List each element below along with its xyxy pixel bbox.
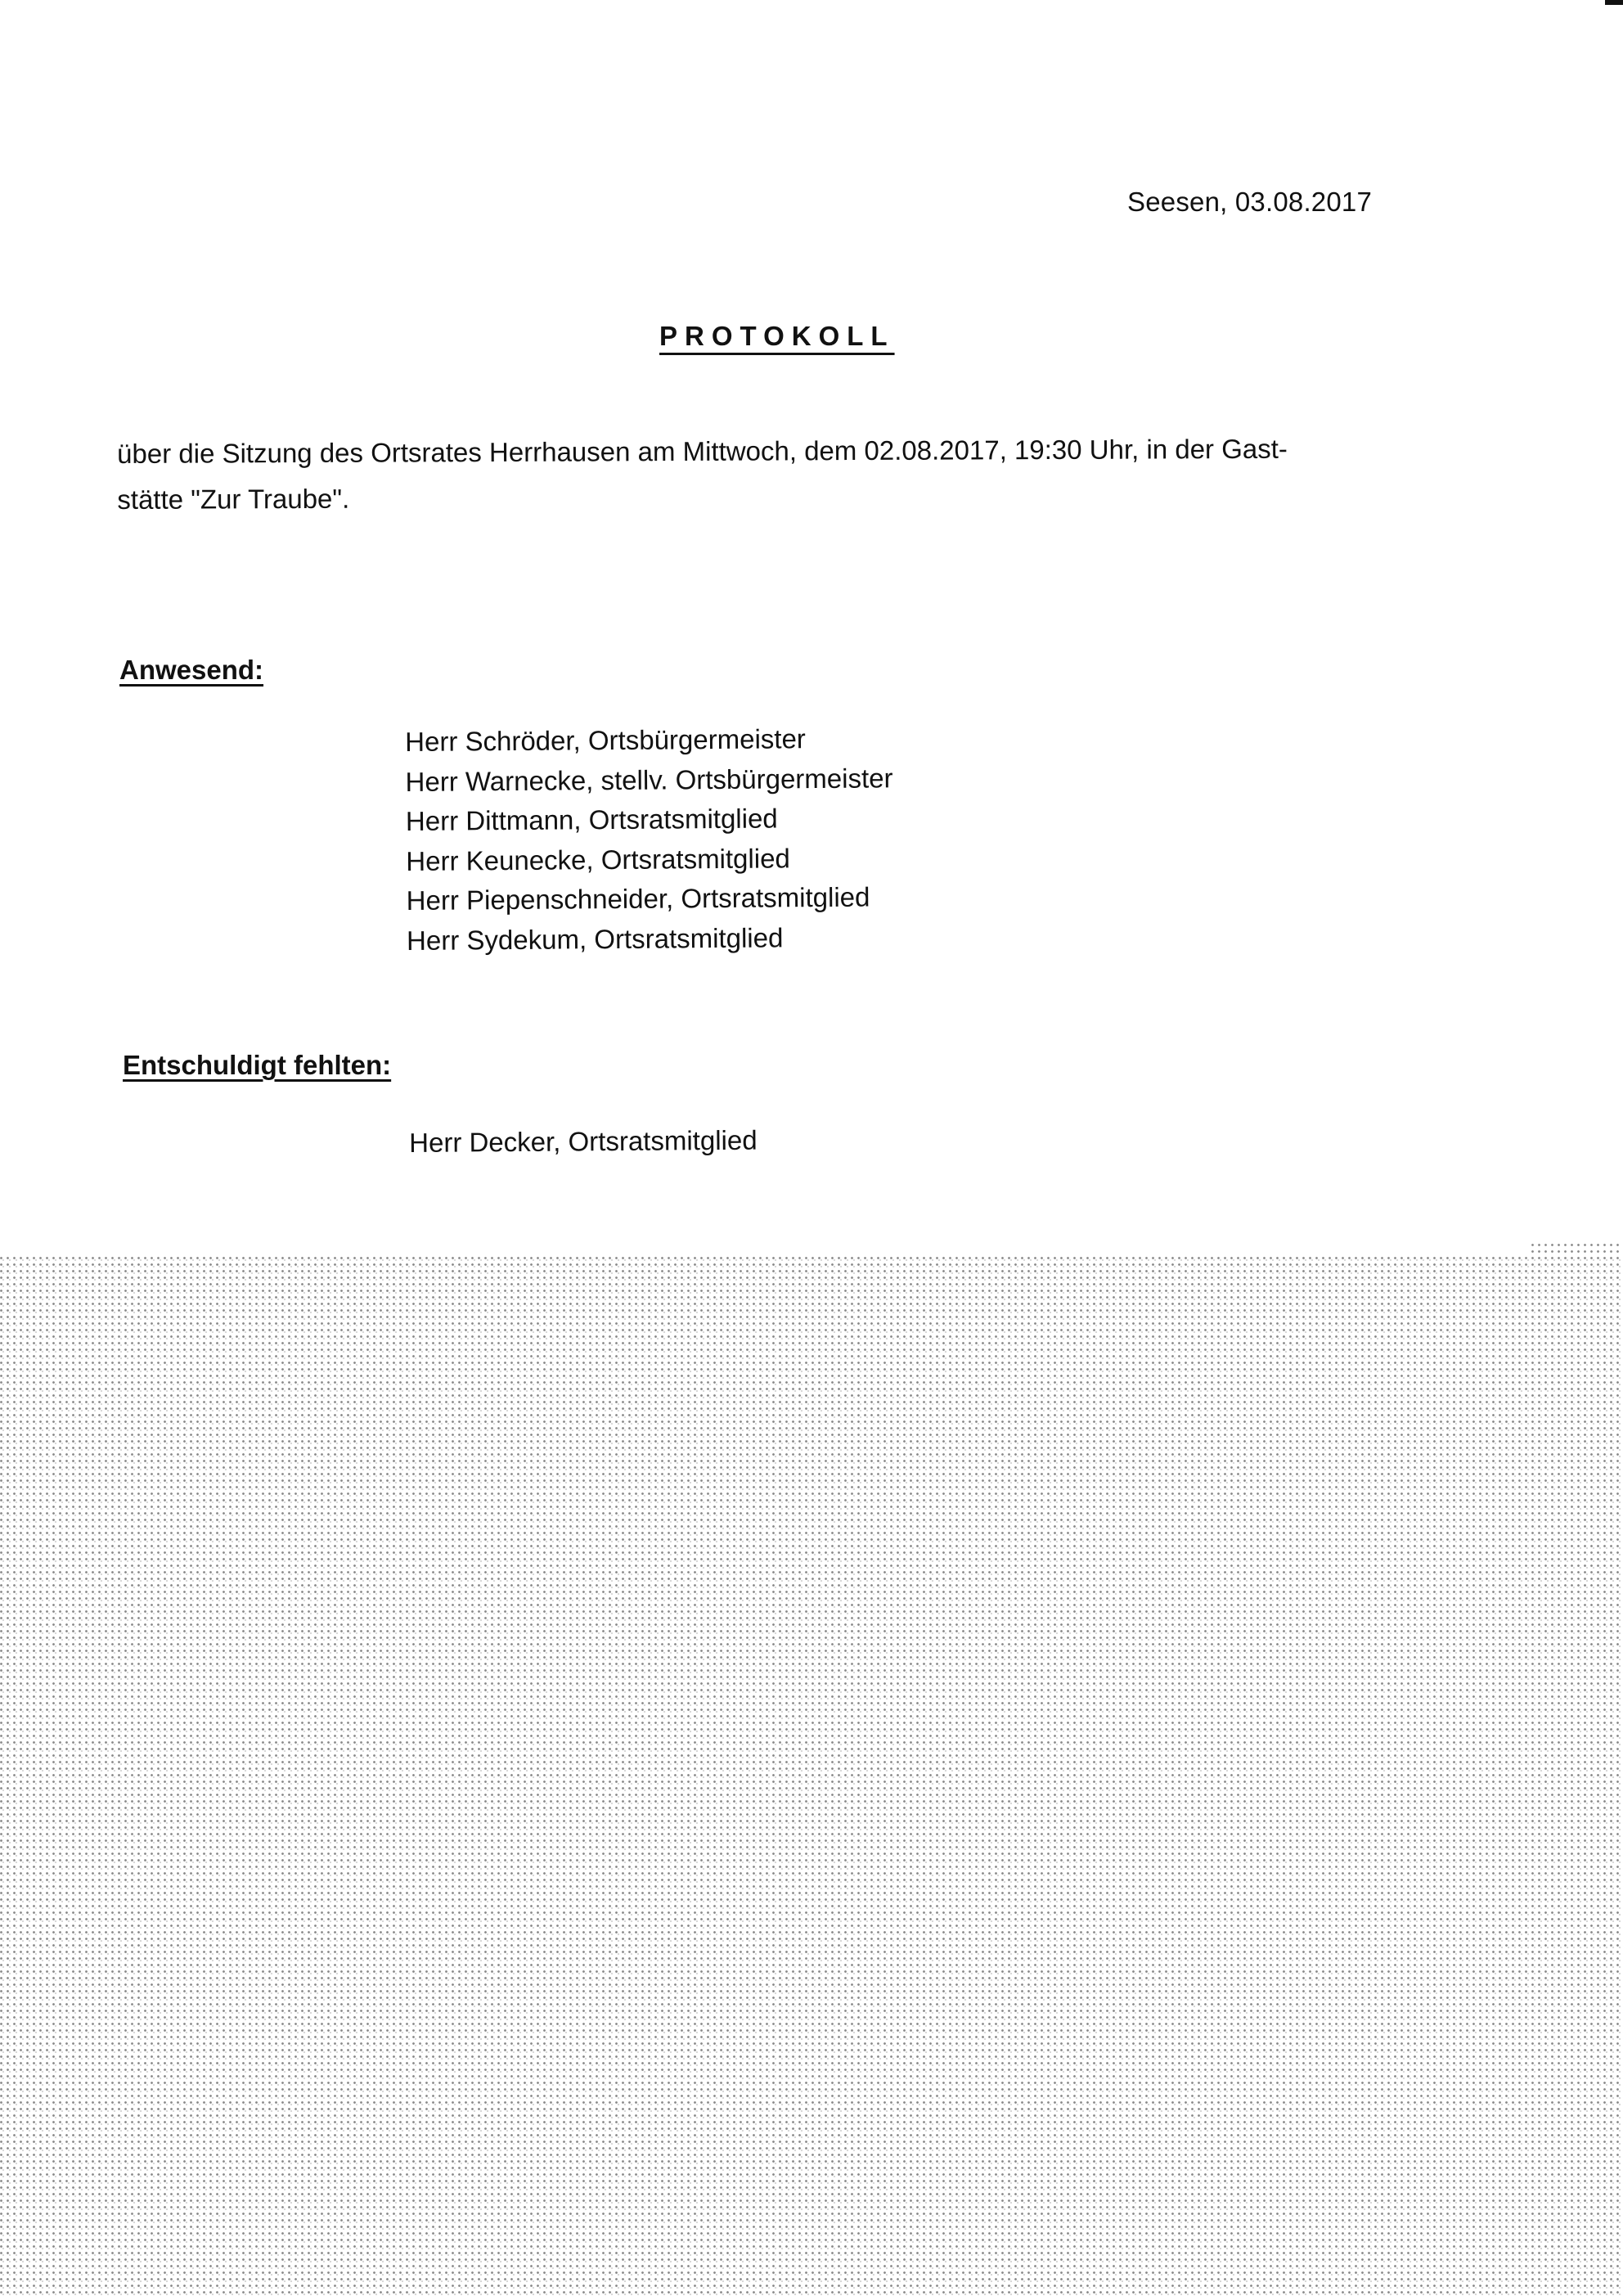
place-and-date: Seesen, 03.08.2017 (1127, 187, 1372, 218)
scan-dither-pattern (0, 1257, 1623, 2296)
intro-line-2: stätte "Zur Traube". (117, 471, 1459, 523)
absent-heading: Entschuldigt fehlten: (123, 1050, 391, 1081)
present-member: Herr Schröder, Ortsbürgermeister (405, 718, 892, 762)
document-title: PROTOKOLL (659, 321, 895, 352)
absent-member: Herr Decker, Ortsratsmitglied (409, 1121, 758, 1164)
intro-paragraph: über die Sitzung des Ortsrates Herrhause… (117, 425, 1459, 523)
present-member: Herr Dittmann, Ortsratsmitglied (406, 798, 893, 841)
present-heading: Anwesend: (119, 655, 263, 686)
scan-corner-mark (1605, 0, 1623, 5)
absent-members-list: Herr Decker, Ortsratsmitglied (409, 1121, 758, 1164)
present-member: Herr Keunecke, Ortsratsmitglied (406, 838, 893, 881)
intro-line-1: über die Sitzung des Ortsrates Herrhause… (117, 425, 1459, 477)
scan-dither-pattern-edge (1531, 1244, 1623, 1257)
document-page: Seesen, 03.08.2017 PROTOKOLL über die Si… (0, 0, 1623, 2296)
present-members-list: Herr Schröder, Ortsbürgermeister Herr Wa… (405, 718, 894, 961)
present-member: Herr Warnecke, stellv. Ortsbürgermeister (405, 759, 892, 802)
present-member: Herr Piepenschneider, Ortsratsmitglied (407, 877, 894, 921)
present-member: Herr Sydekum, Ortsratsmitglied (407, 917, 894, 961)
